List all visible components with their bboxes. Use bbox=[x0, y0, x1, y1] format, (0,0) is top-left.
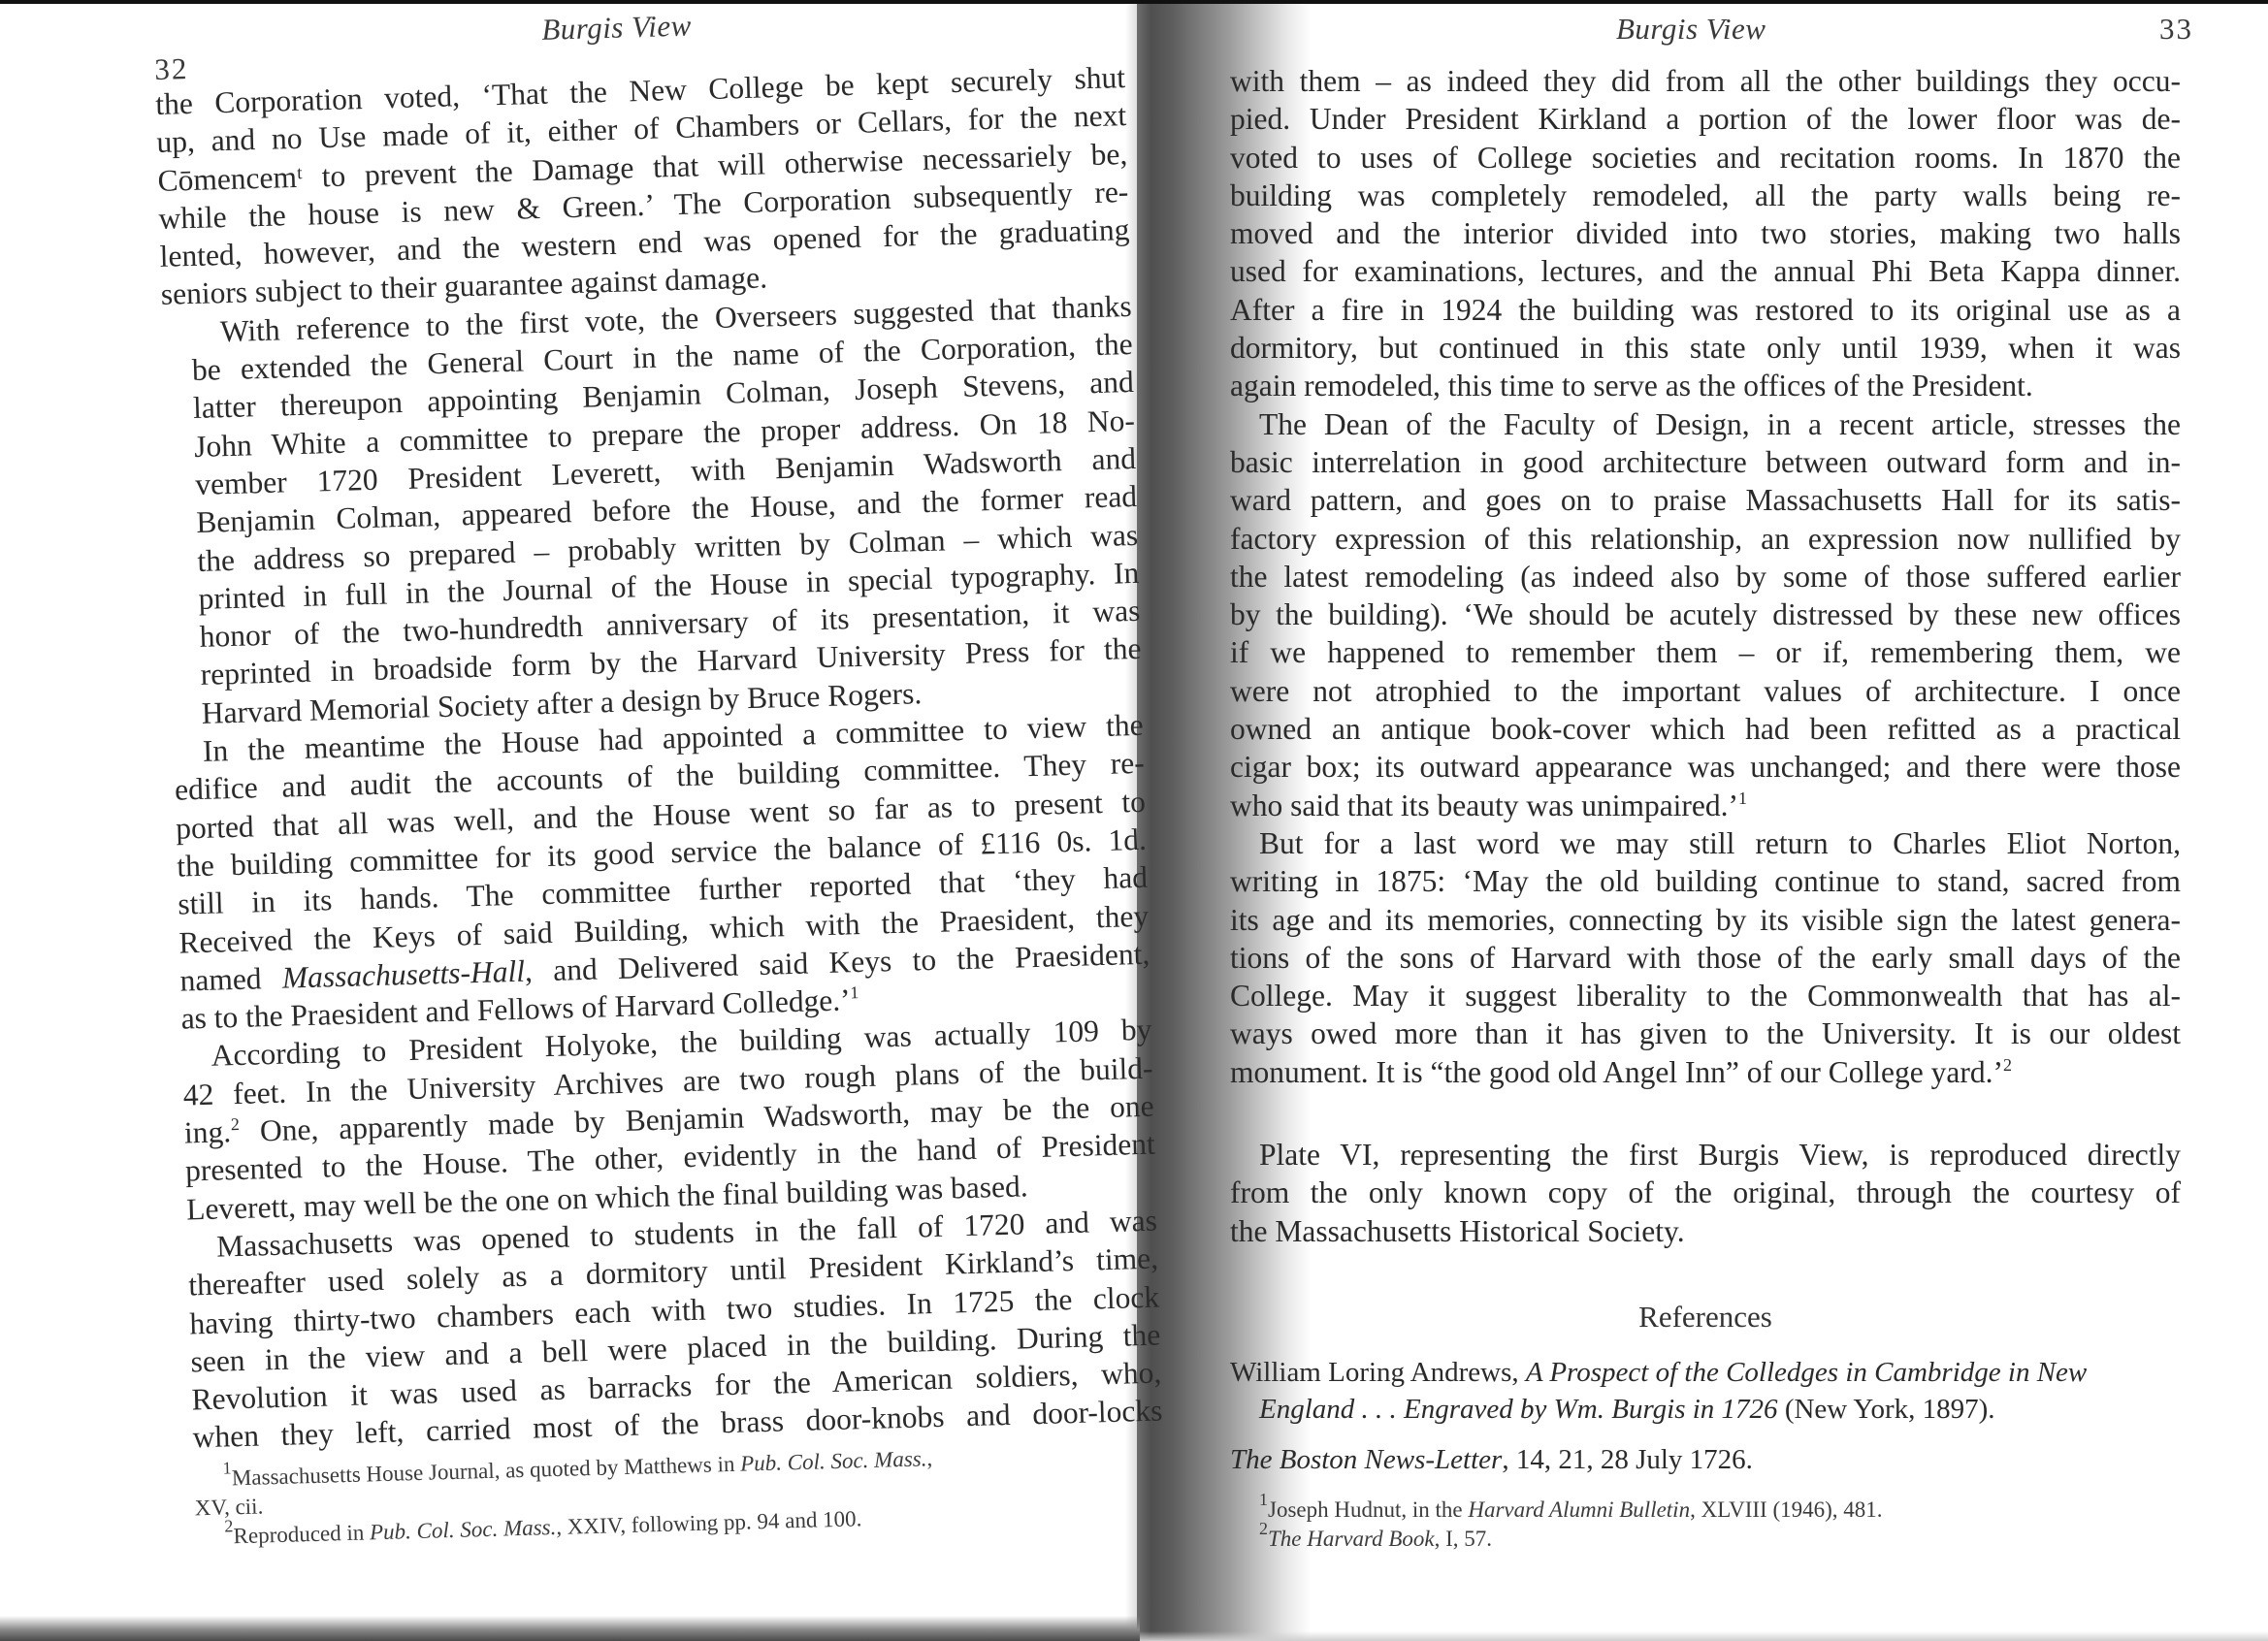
ref-pubinfo: (New York, 1897). bbox=[1778, 1394, 1995, 1425]
book-title: The Harvard Book bbox=[1268, 1527, 1435, 1551]
text-line: its age and its memories, connecting by … bbox=[1230, 901, 2181, 939]
journal-title: Harvard Alumni Bulletin bbox=[1468, 1497, 1690, 1522]
references-heading: References bbox=[1230, 1300, 2181, 1335]
footnote-mark: 2 bbox=[224, 1516, 234, 1535]
ref-author: William Loring Andrews, bbox=[1230, 1357, 1526, 1388]
text-line: factory expression of this relationship,… bbox=[1230, 520, 2181, 558]
text-line: But for a last word we may still return … bbox=[1230, 824, 2181, 862]
paragraph: According to President Holyoke, the buil… bbox=[181, 1011, 1156, 1228]
text-line: tions of the sons of Harvard with those … bbox=[1230, 939, 2181, 977]
text-line: basic interrelation in good architecture… bbox=[1230, 443, 2181, 481]
ref-title: England . . . Engraved by Wm. Burgis in … bbox=[1259, 1394, 1778, 1425]
text-span: , XLVIII (1946), 481. bbox=[1690, 1497, 1882, 1522]
reference-continuation: England . . . Engraved by Wm. Burgis in … bbox=[1230, 1391, 2181, 1428]
text-line: Plate VI, representing the first Burgis … bbox=[1230, 1136, 2181, 1174]
text-line: ways owed more than it has given to the … bbox=[1230, 1014, 2181, 1052]
text-line: After a fire in 1924 the building was re… bbox=[1230, 291, 2181, 329]
text-line: used for examinations, lectures, and the… bbox=[1230, 252, 2181, 290]
paragraph: the Corporation voted, ‘That the New Col… bbox=[155, 58, 1131, 314]
text-line: building was completely remodeled, all t… bbox=[1230, 177, 2181, 214]
text-line: with them – as indeed they did from all … bbox=[1230, 62, 2181, 100]
ref-pubinfo: , 14, 21, 28 July 1726. bbox=[1502, 1444, 1753, 1475]
body-text: with them – as indeed they did from all … bbox=[1230, 62, 2181, 1250]
text-span: , I, 57. bbox=[1435, 1527, 1492, 1551]
ref-title: The Boston News-Letter bbox=[1230, 1444, 1502, 1475]
footnote-ref: 2 bbox=[2003, 1055, 2012, 1075]
text-line: who said that its beauty was unimpaired.… bbox=[1230, 787, 2181, 824]
text-line: The Dean of the Faculty of Design, in a … bbox=[1230, 405, 2181, 443]
footnote-mark: 1 bbox=[1259, 1490, 1268, 1509]
text-line: by the building). ‘We should be acutely … bbox=[1230, 595, 2181, 633]
footnote: 2The Harvard Book, I, 57. bbox=[1230, 1525, 2181, 1554]
footnote-mark: 1 bbox=[222, 1458, 232, 1477]
text-span: who said that its beauty was unimpaired.… bbox=[1230, 788, 1738, 822]
scan-bottom-edge-right bbox=[1140, 1631, 2268, 1641]
page-number: 33 bbox=[2159, 12, 2193, 47]
paragraph: Plate VI, representing the first Burgis … bbox=[1230, 1136, 2181, 1250]
text-span: monument. It is “the good old Angel Inn”… bbox=[1230, 1055, 2003, 1089]
text-span: named bbox=[179, 961, 282, 998]
footnote-ref: 1 bbox=[1738, 788, 1747, 808]
text-line: from the only known copy of the original… bbox=[1230, 1174, 2181, 1211]
text-line: were not atrophied to the important valu… bbox=[1230, 672, 2181, 710]
text-span: Reproduced in bbox=[233, 1520, 370, 1548]
text-line: voted to uses of College societies and r… bbox=[1230, 139, 2181, 177]
footnote-mark: 2 bbox=[1259, 1519, 1268, 1538]
paragraph: In the meantime the House had appointed … bbox=[173, 706, 1150, 1038]
text-span: ing. bbox=[183, 1114, 231, 1149]
text-line: ward pattern, and goes on to praise Mass… bbox=[1230, 481, 2181, 519]
text-span: Joseph Hudnut, in the bbox=[1268, 1497, 1468, 1522]
journal-title: Pub. Col. Soc. Mass. bbox=[740, 1446, 927, 1475]
text-line: if we happened to remember them – or if,… bbox=[1230, 633, 2181, 671]
italic-building-name: Massachusetts-Hall bbox=[281, 954, 525, 995]
text-span: , bbox=[926, 1446, 932, 1470]
text-line: owned an antique book-cover which had be… bbox=[1230, 710, 2181, 748]
reference-item: The Boston News-Letter, 14, 21, 28 July … bbox=[1230, 1441, 2181, 1478]
scan-bottom-edge bbox=[0, 1616, 1140, 1641]
text-line: again remodeled, this time to serve as t… bbox=[1230, 367, 2181, 404]
text-line: College. May it suggest liberality to th… bbox=[1230, 977, 2181, 1014]
text-line: dormitory, but continued in this state o… bbox=[1230, 329, 2181, 367]
reference-item: William Loring Andrews, A Prospect of th… bbox=[1230, 1354, 2181, 1391]
text-span: , XXIV, following pp. 94 and 100. bbox=[556, 1506, 862, 1539]
text-line: writing in 1875: ‘May the old building c… bbox=[1230, 862, 2181, 900]
paragraph: But for a last word we may still return … bbox=[1230, 824, 2181, 1091]
text-line: the Massachusetts Historical Society. bbox=[1230, 1212, 2181, 1250]
page-number: 32 bbox=[154, 51, 189, 87]
paragraph: With reference to the first vote, the Ov… bbox=[161, 287, 1143, 733]
footnotes: 1Joseph Hudnut, in the Harvard Alumni Bu… bbox=[1230, 1496, 2181, 1554]
ref-title: A Prospect of the Colledges in Cambridge… bbox=[1526, 1357, 2087, 1388]
running-head: Burgis View bbox=[541, 9, 692, 48]
references-list: William Loring Andrews, A Prospect of th… bbox=[1230, 1354, 2181, 1478]
text-line: monument. It is “the good old Angel Inn”… bbox=[1230, 1053, 2181, 1091]
footnotes: 1Massachusetts House Journal, as quoted … bbox=[194, 1437, 1166, 1552]
text-line: pied. Under President Kirkland a portion… bbox=[1230, 100, 2181, 138]
text-line: moved and the interior divided into two … bbox=[1230, 214, 2181, 252]
text-line: the latest remodeling (as indeed also by… bbox=[1230, 558, 2181, 595]
footnote-ref: 1 bbox=[850, 982, 859, 1002]
running-head: Burgis View bbox=[1616, 12, 1766, 47]
paragraph: Massachusetts was opened to students in … bbox=[187, 1202, 1163, 1458]
journal-title: Pub. Col. Soc. Mass. bbox=[370, 1515, 557, 1544]
paragraph: The Dean of the Faculty of Design, in a … bbox=[1230, 405, 2181, 824]
footnote: 1Joseph Hudnut, in the Harvard Alumni Bu… bbox=[1230, 1496, 2181, 1525]
text-line: cigar box; its outward appearance was un… bbox=[1230, 748, 2181, 786]
paragraph: with them – as indeed they did from all … bbox=[1230, 62, 2181, 405]
body-text: the Corporation voted, ‘That the New Col… bbox=[155, 58, 1163, 1457]
